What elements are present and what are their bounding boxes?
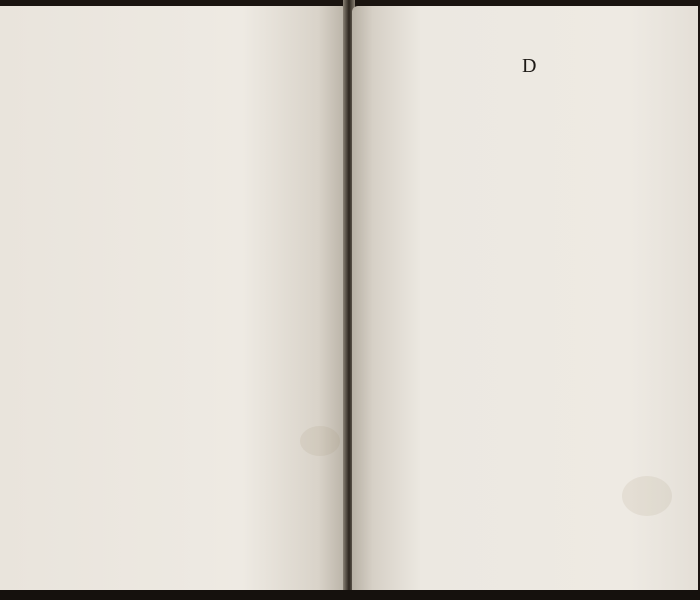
paper-stain bbox=[622, 476, 672, 516]
drop-cap: D bbox=[522, 57, 536, 75]
book-spread: D bbox=[0, 0, 700, 600]
left-page-column-1 bbox=[37, 54, 177, 59]
paper-stain bbox=[300, 426, 340, 456]
right-page: D bbox=[352, 6, 698, 592]
left-page bbox=[0, 6, 346, 592]
left-page-column-2 bbox=[185, 50, 331, 54]
right-page-column-2: D bbox=[522, 50, 674, 75]
table-surface bbox=[0, 590, 700, 600]
